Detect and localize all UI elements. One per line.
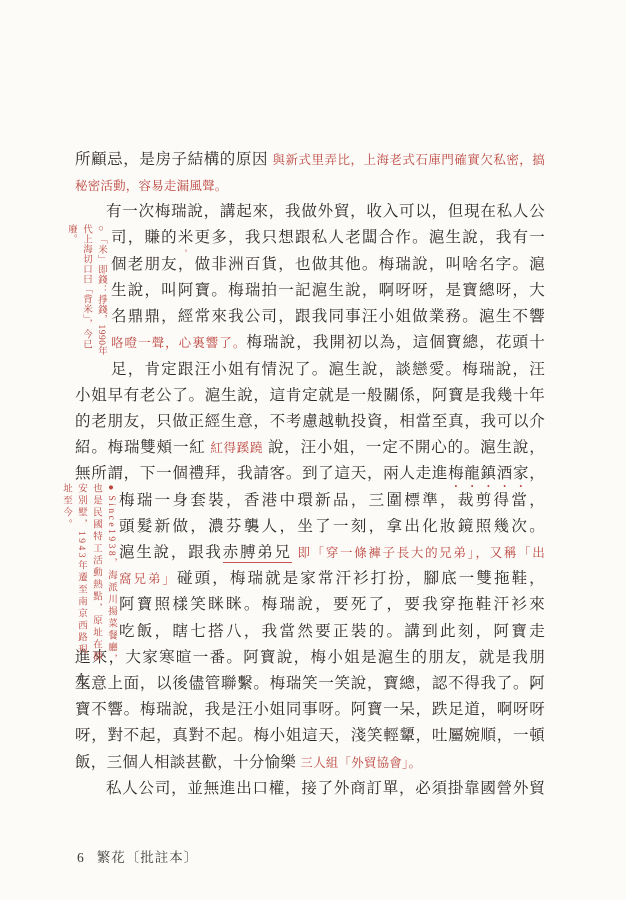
body-text: 所顧忌，是房子結構的原因 bbox=[75, 151, 273, 168]
body-text: 紹。梅瑞雙頰一紅 bbox=[75, 439, 210, 456]
body-text: 生說，叫阿寶。梅瑞拍一記滬生說，啊呀呀，是寶總呀，大 bbox=[111, 282, 545, 299]
body-text: 碰頭，梅瑞就是家常汗衫打扮，腳底一雙拖鞋， bbox=[177, 570, 545, 587]
annotation-text: 窩兄弟」 bbox=[119, 572, 177, 586]
annotation-text: 即「穿一條褲子長大的兄弟」，又稱「出 bbox=[297, 546, 545, 560]
text-line: 飯，三個人相談甚歡，十分愉樂 三人組「外貿協會」。 bbox=[75, 751, 545, 777]
annotation-text: 三人組「外貿協會」。 bbox=[300, 756, 421, 770]
text-line: 有一次梅瑞說，講起來，我做外貿，收入可以，但現在私人公 bbox=[106, 200, 545, 226]
body-text: 飯，三個人相談甚歡，十分愉樂 bbox=[75, 754, 300, 771]
text-line: 寶不響。梅瑞說，我是汪小姐同事呀。阿寶一呆，跌足道，啊呀呀 bbox=[75, 698, 545, 724]
underlined-term: 赤膊弟兄 bbox=[223, 544, 292, 563]
body-text: 更多，我只想跟私人老闆合作。滬生說，我有一 bbox=[195, 229, 545, 246]
book-page: 所顧忌，是房子結構的原因 與新式里弄比，上海老式石庫門確實欠私密，搞秘密活動，容… bbox=[0, 0, 626, 900]
annotation-text: 與新式里弄比，上海老式石庫門確實欠私密，搞 bbox=[273, 153, 545, 167]
body-text: 的老朋友，只做正經生意，不考慮越軌投資，相當至真，我可以介 bbox=[75, 413, 545, 430]
body-text: 司，賺的 bbox=[111, 229, 178, 246]
text-line: 無所謂，下一個禮拜，我請客。到了這天，兩人走進梅龍鎮酒家， bbox=[75, 462, 545, 488]
text-line: 滬生說，跟我赤膊弟兄 即「穿一條褲子長大的兄弟」，又稱「出 bbox=[119, 541, 545, 567]
body-text: 梅瑞一身套裝，香港中環新品，三圍標準，裁剪得當， bbox=[119, 492, 545, 509]
body-text: 吃飯，瞎七搭八，我當然要正裝的。講到此刻，阿寶走 bbox=[119, 623, 545, 640]
emphasized-name: 梅龍鎮酒家 bbox=[448, 465, 529, 482]
body-text: 頭髮新做，濃芬襲人，坐了一刻，拿出化妝鏡照幾次。 bbox=[119, 518, 545, 535]
body-text: ， bbox=[529, 465, 545, 482]
body-text: 無所謂，下一個禮拜，我請客。到了這天，兩人走進 bbox=[75, 465, 448, 482]
text-line: 吃飯，瞎七搭八，我當然要正裝的。講到此刻，阿寶走 bbox=[119, 620, 545, 646]
body-text: 足，肯定跟汪小姐有情況了。滬生說，談戀愛。梅瑞說，汪 bbox=[111, 361, 545, 378]
text-line: 的老朋友，只做正經生意，不考慮越軌投資，相當至真，我可以介 bbox=[75, 410, 545, 436]
annotated-term: 米 bbox=[178, 229, 195, 246]
text-line: 個老朋友，做非洲百貨，也做其他。梅瑞說，叫啥名字。滬 bbox=[111, 253, 545, 279]
body-text: 寶不響。梅瑞說，我是汪小姐同事呀。阿寶一呆，跌足道，啊呀呀 bbox=[75, 701, 545, 718]
page-number: 6 bbox=[77, 850, 84, 865]
text-line: 紹。梅瑞雙頰一紅 紅得蹊蹺 說，汪小姐，一定不開心的。滬生說， bbox=[75, 436, 545, 462]
text-line: 阿寶照樣笑眯眯。梅瑞說，要死了，要我穿拖鞋汗衫來 bbox=[119, 593, 545, 619]
body-text: 呀，對不起，真對不起。梅小姐這天，淺笑輕顰，吐屬婉順，一頓 bbox=[75, 727, 545, 744]
body-text: 個老朋友，做非洲百貨，也做其他。梅瑞說，叫啥名字。滬 bbox=[111, 256, 545, 273]
page-footer: 6繁花〔批註本〕 bbox=[77, 846, 198, 866]
body-text: 小姐早有老公了。滬生說，這肯定就是一般關係，阿寶是我幾十年 bbox=[75, 387, 545, 404]
text-line: 司，賺的米更多，我只想跟私人老闆合作。滬生說，我有一 bbox=[111, 226, 545, 252]
body-text: 梅瑞說，我開初以為，這個寶總，花頭十 bbox=[246, 334, 545, 351]
text-line: 足，肯定跟汪小姐有情況了。滬生說，談戀愛。梅瑞說，汪 bbox=[111, 358, 545, 384]
annotation-text: 紅得蹊蹺 bbox=[210, 441, 263, 455]
text-line: 窩兄弟」碰頭，梅瑞就是家常汗衫打扮，腳底一雙拖鞋， bbox=[119, 567, 545, 593]
text-line: 生說，叫阿寶。梅瑞拍一記滬生說，啊呀呀，是寶總呀，大 bbox=[111, 279, 545, 305]
text-line: 進來，大家寒暄一番。阿寶說，梅小姐是滬生的朋友，就是我朋友， bbox=[75, 646, 545, 672]
body-text: 生意上面，以後儘管聯繫。梅瑞笑一笑說，寶總，認不得我了。阿 bbox=[75, 675, 545, 692]
body-text: 私人公司，並無進出口權，接了外商訂單，必須掛靠國營外貿 bbox=[106, 780, 545, 797]
body-text: 名鼎鼎，經常來我公司，跟我同事汪小姐做業務。滬生不響 bbox=[111, 308, 545, 325]
text-line: 名鼎鼎，經常來我公司，跟我同事汪小姐做業務。滬生不響 bbox=[111, 305, 545, 331]
text-line: 咯噔一聲，心裏響了。梅瑞說，我開初以為，這個寶總，花頭十 bbox=[111, 331, 545, 357]
text-line: 呀，對不起，真對不起。梅小姐這天，淺笑輕顰，吐屬婉順，一頓 bbox=[75, 724, 545, 750]
text-line: 所顧忌，是房子結構的原因 與新式里弄比，上海老式石庫門確實欠私密，搞 bbox=[75, 148, 545, 174]
body-text: 滬生說，跟我 bbox=[119, 544, 223, 561]
text-line: 頭髮新做，濃芬襲人，坐了一刻，拿出化妝鏡照幾次。 bbox=[119, 515, 545, 541]
annotation-text: 秘密活動，容易走漏風聲。 bbox=[75, 179, 227, 193]
text-line: 秘密活動，容易走漏風聲。 bbox=[75, 174, 545, 200]
book-title: 繁花〔批註本〕 bbox=[97, 850, 199, 865]
annotation-text: 咯噔一聲，心裏響了。 bbox=[111, 336, 246, 350]
text-line: 小姐早有老公了。滬生說，這肯定就是一般關係，阿寶是我幾十年 bbox=[75, 384, 545, 410]
margin-annotation: ○「米」即錢：掙錢，1990年代上海切口曰「背米」，今已廢。 bbox=[58, 224, 108, 358]
text-line: 私人公司，並無進出口權，接了外商訂單，必須掛靠國營外貿 bbox=[106, 777, 545, 803]
text-line: 生意上面，以後儘管聯繫。梅瑞笑一笑說，寶總，認不得我了。阿 bbox=[75, 672, 545, 698]
text-line: 梅瑞一身套裝，香港中環新品，三圍標準，裁剪得當， bbox=[119, 489, 545, 515]
body-text: 阿寶照樣笑眯眯。梅瑞說，要死了，要我穿拖鞋汗衫來 bbox=[119, 596, 545, 613]
body-text: 說，汪小姐，一定不開心的。滬生說， bbox=[263, 439, 545, 456]
margin-annotation: ●Since1938，海派川揚菜餐廳，也是民國特工活動熱點，原址在靜安別墅，19… bbox=[54, 483, 118, 667]
body-text: 有一次梅瑞說，講起來，我做外貿，收入可以，但現在私人公 bbox=[106, 203, 545, 220]
